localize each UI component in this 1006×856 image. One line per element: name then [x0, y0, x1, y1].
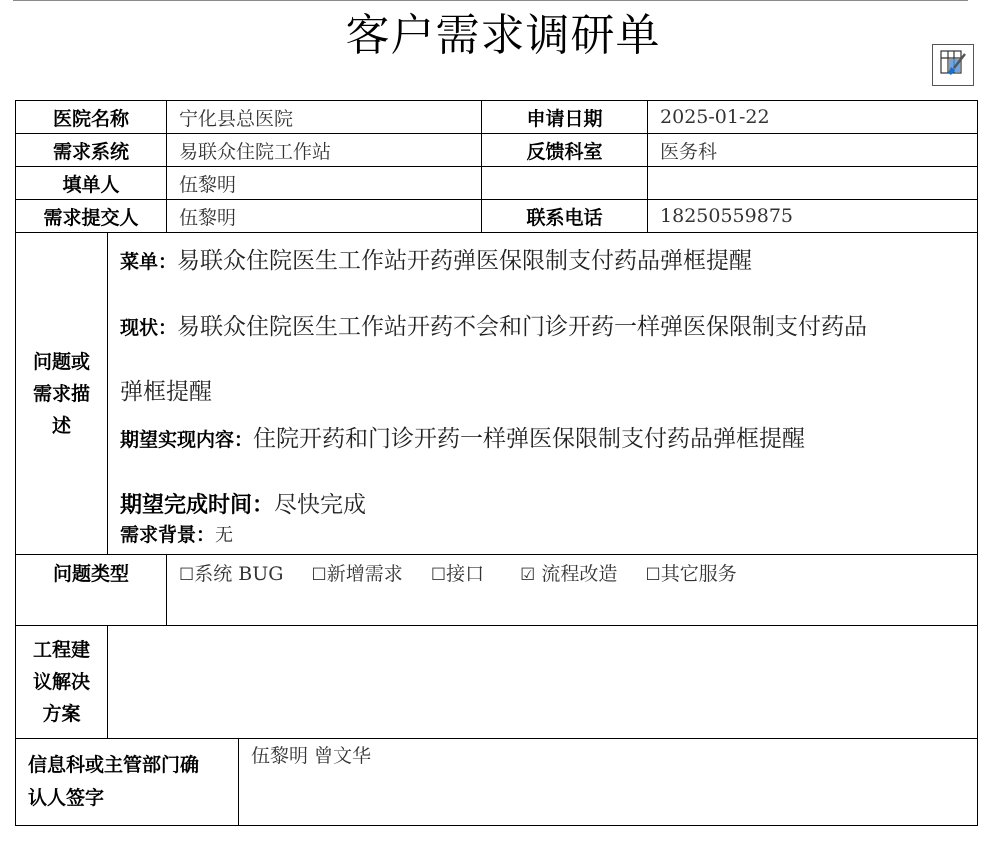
row-hospital: 医院名称 宁化县总医院 申请日期 2025-01-22 — [16, 101, 978, 134]
table-style-brush-icon — [938, 48, 968, 82]
blank-value[interactable] — [648, 167, 978, 200]
phone-value[interactable]: 18250559875 — [648, 200, 978, 233]
background-line: 需求背景：无 — [120, 521, 969, 549]
system-label: 需求系统 — [16, 134, 167, 167]
submitter-value[interactable]: 伍黎明 — [167, 200, 482, 233]
apply-date-value[interactable]: 2025-01-22 — [648, 101, 978, 134]
issue-type-label: 问题类型 — [16, 555, 167, 626]
row-issue-type: 问题类型 ☐系统 BUG ☐新增需求 ☐接口 ☑ 流程改造 ☐其它服务 — [16, 555, 978, 626]
table-style-button[interactable] — [932, 44, 974, 86]
row-filler: 填单人 伍黎明 — [16, 167, 978, 200]
checkbox-checked-icon: ☑ — [520, 565, 535, 585]
signature-label: 信息科或主管部门确 认人签字 — [16, 739, 239, 826]
hospital-name-value[interactable]: 宁化县总医院 — [167, 101, 482, 134]
solution-value[interactable] — [108, 626, 978, 739]
dept-label: 反馈科室 — [482, 134, 648, 167]
checkbox-empty-icon: ☐ — [645, 565, 660, 585]
expected-line: 期望实现内容：住院开药和门诊开药一样弹医保限制支付药品弹框提醒 — [120, 423, 969, 456]
row-signature: 信息科或主管部门确 认人签字 伍黎明 曾文华 — [16, 739, 978, 826]
document-title: 客户需求调研单 — [0, 8, 1006, 64]
checkbox-empty-icon: ☐ — [431, 565, 446, 585]
row-submitter: 需求提交人 伍黎明 联系电话 18250559875 — [16, 200, 978, 233]
option-new-requirement[interactable]: ☐新增需求 — [312, 563, 403, 585]
status-line: 现状：易联众住院医生工作站开药不会和门诊开药一样弹医保限制支付药品 — [120, 311, 969, 344]
deadline-line: 期望完成时间：尽快完成 — [120, 489, 969, 521]
option-other-service[interactable]: ☐其它服务 — [645, 563, 736, 585]
apply-date-label: 申请日期 — [482, 101, 648, 134]
signature-value[interactable]: 伍黎明 曾文华 — [239, 739, 978, 826]
hospital-name-label: 医院名称 — [16, 101, 167, 134]
menu-line: 菜单：易联众住院医生工作站开药弹医保限制支付药品弹框提醒 — [120, 245, 969, 278]
filler-label: 填单人 — [16, 167, 167, 200]
row-solution: 工程建 议解决 方案 — [16, 626, 978, 739]
issue-type-options: ☐系统 BUG ☐新增需求 ☐接口 ☑ 流程改造 ☐其它服务 — [167, 555, 978, 626]
filler-value[interactable]: 伍黎明 — [167, 167, 482, 200]
top-divider — [13, 0, 968, 1]
system-value[interactable]: 易联众住院工作站 — [167, 134, 482, 167]
checkbox-empty-icon: ☐ — [312, 565, 327, 585]
phone-label: 联系电话 — [482, 200, 648, 233]
option-system-bug[interactable]: ☐系统 BUG — [179, 563, 283, 585]
checkbox-empty-icon: ☐ — [179, 565, 194, 585]
description-content[interactable]: 菜单：易联众住院医生工作站开药弹医保限制支付药品弹框提醒 现状：易联众住院医生工… — [108, 233, 978, 555]
row-description: 问题或 需求描 述 菜单：易联众住院医生工作站开药弹医保限制支付药品弹框提醒 现… — [16, 233, 978, 555]
option-interface[interactable]: ☐接口 — [431, 563, 484, 585]
blank-label — [482, 167, 648, 200]
dept-value[interactable]: 医务科 — [648, 134, 978, 167]
description-label: 问题或 需求描 述 — [16, 233, 108, 555]
row-system: 需求系统 易联众住院工作站 反馈科室 医务科 — [16, 134, 978, 167]
option-process-improvement[interactable]: ☑ 流程改造 — [520, 563, 617, 585]
solution-label: 工程建 议解决 方案 — [16, 626, 108, 739]
requirement-form-table: 医院名称 宁化县总医院 申请日期 2025-01-22 需求系统 易联众住院工作… — [15, 100, 978, 826]
submitter-label: 需求提交人 — [16, 200, 167, 233]
status-line-cont: 弹框提醒 — [120, 376, 969, 408]
